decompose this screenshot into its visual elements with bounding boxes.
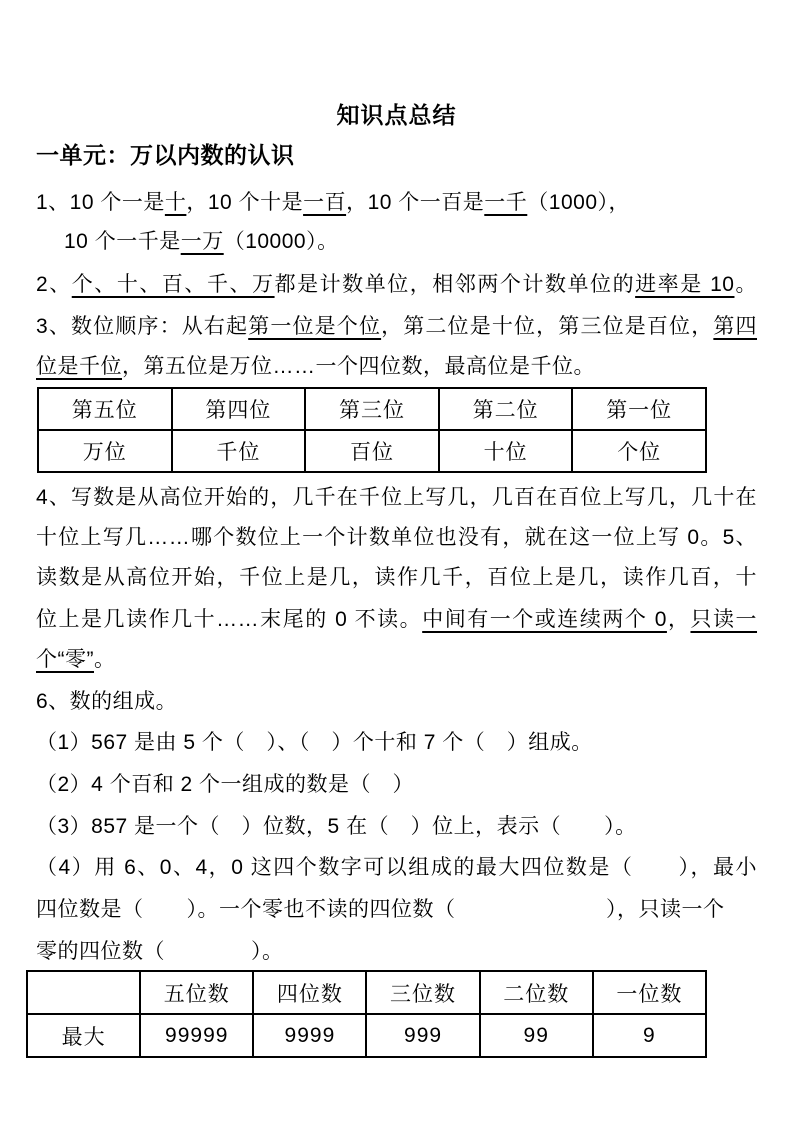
text-run: ，10 个一百是	[346, 191, 484, 214]
item-5-line-1: 读数是从高位开始，千位上是几，读作几千，百位上是几，读作几百，十	[36, 564, 757, 591]
item-1-line-1: 1、10 个一是十，10 个十是一百，10 个一百是一千（1000），	[36, 189, 757, 216]
item-6-sub-1: （1）567 是由 5 个（ ）、（ ）个十和 7 个（ ）组成。	[36, 729, 757, 756]
table-cell: 第二位	[439, 388, 573, 430]
table-cell: 99999	[140, 1014, 253, 1057]
text-run: 都是计数单位，相邻两个计数单位的	[275, 273, 636, 296]
text-run: ，	[667, 608, 691, 631]
table-row: 第五位 第四位 第三位 第二位 第一位	[38, 388, 706, 430]
text-run: 4、写数是从高位开始的，几千在千位上写几，几百在百位上写几，几十在	[36, 486, 757, 509]
underlined-run: 进率是 10	[635, 273, 734, 296]
item-3-line-1: 3、数位顺序：从右起第一位是个位，第二位是十位，第三位是百位，第四	[36, 313, 757, 340]
text-run: （3）857 是一个（ ）位数，5 在（ ）位上，表示（ ）。	[36, 815, 637, 838]
table-cell: 99	[480, 1014, 593, 1057]
table-cell: 四位数	[253, 971, 366, 1014]
table-row: 最大 99999 9999 999 99 9	[27, 1014, 706, 1057]
table-cell: 百位	[305, 430, 439, 472]
item-5-line-2: 位上是几读作几十……末尾的 0 不读。中间有一个或连续两个 0，只读一	[36, 606, 757, 633]
underlined-run: 个、十、百、千、万	[72, 273, 275, 296]
text-run: 十位上写几……哪个数位上一个计数单位也没有，就在这一位上写 0。5、	[36, 526, 757, 549]
table-cell: 五位数	[140, 971, 253, 1014]
item-6-sub-4-line-1: （4）用 6、0、4，0 这四个数字可以组成的最大四位数是（ ），最小	[36, 854, 757, 881]
table-cell: 十位	[439, 430, 573, 472]
item-2: 2、个、十、百、千、万都是计数单位，相邻两个计数单位的进率是 10。	[36, 271, 757, 298]
item-6-sub-4-line-2: 四位数是（ ）。一个零也不读的四位数（ ），只读一个	[36, 896, 757, 923]
text-run: （1000），	[527, 191, 630, 214]
item-3-line-2: 位是千位，第五位是万位……一个四位数，最高位是千位。	[36, 353, 757, 380]
document-page: 知识点总结 一单元：万以内数的认识 1、10 个一是十，10 个十是一百，10 …	[0, 0, 793, 1122]
text-run: 2、	[36, 273, 72, 296]
item-1-line-2: 10 个一千是一万（10000）。	[64, 228, 785, 255]
table-row: 万位 千位 百位 十位 个位	[38, 430, 706, 472]
underlined-run: 位是千位	[36, 355, 122, 378]
table-cell	[27, 971, 140, 1014]
table-cell: 千位	[172, 430, 306, 472]
table-cell: 一位数	[593, 971, 706, 1014]
table-cell: 第三位	[305, 388, 439, 430]
text-run: 。	[734, 273, 757, 296]
underlined-run: 个“零”	[36, 648, 94, 671]
text-run: ，第二位是十位，第三位是百位，	[381, 315, 713, 338]
section-heading: 一单元：万以内数的认识	[36, 140, 295, 170]
table-cell: 万位	[38, 430, 172, 472]
table-cell: 999	[366, 1014, 479, 1057]
item-6-sub-3: （3）857 是一个（ ）位数，5 在（ ）位上，表示（ ）。	[36, 813, 757, 840]
underlined-run: 第一位是个位	[248, 315, 381, 338]
underlined-run: 第四	[713, 315, 757, 338]
text-run: （1）567 是由 5 个（ ）、（ ）个十和 7 个（ ）组成。	[36, 731, 593, 754]
underlined-run: 一百	[303, 191, 346, 214]
table-cell: 第一位	[572, 388, 706, 430]
item-5-line-3: 个“零”。	[36, 646, 757, 673]
item-6-heading: 6、数的组成。	[36, 688, 757, 715]
text-run: 位上是几读作几十……末尾的 0 不读。	[36, 608, 422, 631]
item-4-line-2: 十位上写几……哪个数位上一个计数单位也没有，就在这一位上写 0。5、	[36, 524, 757, 551]
max-number-table: 五位数 四位数 三位数 二位数 一位数 最大 99999 9999 999 99…	[26, 970, 707, 1058]
text-run: 。	[94, 648, 116, 671]
text-run: 1、10 个一是	[36, 191, 165, 214]
text-run: 10 个一千是	[64, 230, 181, 253]
table-cell: 二位数	[480, 971, 593, 1014]
underlined-run: 十	[165, 191, 187, 214]
page-title: 知识点总结	[36, 100, 757, 130]
item-6-sub-4-line-3: 零的四位数（ ）。	[36, 938, 757, 965]
underlined-run: 一千	[484, 191, 527, 214]
table-cell: 9999	[253, 1014, 366, 1057]
item-4-line-1: 4、写数是从高位开始的，几千在千位上写几，几百在百位上写几，几十在	[36, 484, 757, 511]
text-run: （10000）。	[224, 230, 339, 253]
text-run: 读数是从高位开始，千位上是几，读作几千，百位上是几，读作几百，十	[36, 566, 757, 589]
table-row: 五位数 四位数 三位数 二位数 一位数	[27, 971, 706, 1014]
text-run: （2）4 个百和 2 个一组成的数是（ ）	[36, 773, 414, 796]
table-cell: 最大	[27, 1014, 140, 1057]
text-run: 3、数位顺序：从右起	[36, 315, 248, 338]
table-cell: 第五位	[38, 388, 172, 430]
underlined-run: 只读一	[690, 608, 757, 631]
text-run: ，10 个十是	[186, 191, 303, 214]
table-cell: 第四位	[172, 388, 306, 430]
item-6-sub-2: （2）4 个百和 2 个一组成的数是（ ）	[36, 771, 757, 798]
table-cell: 9	[593, 1014, 706, 1057]
digit-position-table: 第五位 第四位 第三位 第二位 第一位 万位 千位 百位 十位 个位	[37, 387, 707, 473]
text-run: 6、数的组成。	[36, 690, 177, 713]
text-run: ，第五位是万位……一个四位数，最高位是千位。	[122, 355, 595, 378]
text-run: （4）用 6、0、4，0 这四个数字可以组成的最大四位数是（ ），最小	[36, 856, 757, 879]
text-run: 零的四位数（ ）。	[36, 940, 284, 963]
text-run: 四位数是（ ）。一个零也不读的四位数（ ），只读一个	[36, 898, 725, 921]
table-cell: 个位	[572, 430, 706, 472]
underlined-run: 一万	[181, 230, 224, 253]
table-cell: 三位数	[366, 971, 479, 1014]
underlined-run: 中间有一个或连续两个 0	[422, 608, 667, 631]
